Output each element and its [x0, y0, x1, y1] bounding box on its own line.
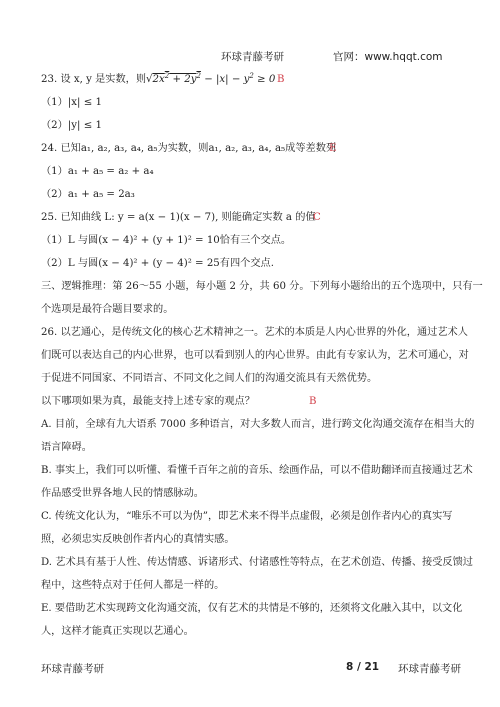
footer-brand-right: 环球青藤考研 — [398, 661, 461, 676]
q24-answer: E — [329, 142, 336, 156]
q26-prompt: 以下哪项如果为真，最能支持上述专家的观点？ — [41, 395, 255, 409]
q26-stem-line-1: 26. 以艺通心，是传统文化的核心艺术精神之一。艺术的本质是人内心世界的外化，通… — [41, 326, 468, 340]
q26-answer: B — [309, 395, 317, 409]
q26-option-b: B. 事实上，我们可以听懂、看懂千百年之前的音乐、绘画作品，可以不借助翻译而直接… — [41, 464, 473, 478]
q26-option-e-cont: 人，这样才能真正实现以艺通心。 — [41, 625, 194, 639]
q25-stem: 25. 已知曲线 L: y = a(x − 1)(x − 7), 则能确定实数 … — [41, 211, 316, 225]
q26-option-c: C. 传统文化认为，“唯乐不可以为伪”，即艺术来不得半点虚假，必须是创作者内心的… — [41, 510, 452, 524]
q26-option-a-cont: 语言障碍。 — [41, 441, 92, 455]
q25-answer: C — [313, 211, 321, 225]
q24-condition-1: （1）a₁ + a₅ = a₂ + a₄ — [41, 165, 154, 179]
q26-option-d-cont: 程中，这些特点对于任何人都是一样的。 — [41, 579, 224, 593]
q23-stem: 23. 设 x, y 是实数，则√2x2 + 2y2 − |x| − y2 ≥ … — [41, 73, 275, 87]
q24-condition-2: （2）a₁ + a₅ = 2a₃ — [41, 188, 135, 202]
q23-condition-1: （1）|x| ≤ 1 — [41, 96, 102, 110]
q26-stem-line-3: 于促进不同国家、不同语言、不同文化之间人们的沟通交流具有天然优势。 — [41, 372, 377, 386]
q23-condition-2: （2）|y| ≤ 1 — [41, 119, 102, 133]
q23-answer: B — [277, 73, 285, 87]
page-header: 环球青藤考研 官网：www.hqqt.com — [0, 49, 500, 65]
q26-stem-line-2: 们既可以表达自己的内心世界，也可以看到别人的内心世界。由此有专家认为，艺术可通心… — [41, 349, 469, 363]
q26-option-e: E. 要借助艺术实现跨文化沟通交流，仅有艺术的共情是不够的，还须将文化融入其中，… — [41, 602, 462, 616]
q26-option-a: A. 目前，全球有九大语系 7000 多种语言，对大多数人而言，进行跨文化沟通交… — [41, 418, 474, 432]
q26-option-c-cont: 照，必须忠实反映创作者内心的真情实感。 — [41, 533, 235, 547]
q23-stem-text: 23. 设 x, y 是实数，则 — [41, 74, 146, 85]
header-website: 官网：www.hqqt.com — [333, 49, 443, 64]
q25-condition-1: （1）L 与圆(x − 4)² + (y + 1)² = 10恰有三个交点。 — [41, 234, 291, 248]
section-3-heading: 三、逻辑推理：第 26～55 小题，每小题 2 分，共 60 分。下列每小题给出… — [41, 280, 483, 294]
q25-condition-2: （2）L 与圆(x − 4)² + (y − 4)² = 25有四个交点. — [41, 257, 274, 271]
q24-stem: 24. 已知a₁, a₂, a₃, a₄, a₅为实数，则a₁, a₂, a₃,… — [41, 142, 336, 156]
footer-brand-left: 环球青藤考研 — [41, 661, 104, 676]
section-3-heading-cont: 个选项是最符合题目要求的。 — [41, 303, 173, 317]
q26-option-b-cont: 作品感受世界各地人民的情感脉动。 — [41, 487, 204, 501]
q23-formula: √2x2 + 2y2 − |x| − y2 ≥ 0 — [146, 74, 275, 85]
header-brand: 环球青藤考研 — [221, 49, 284, 64]
q26-option-d: D. 艺术具有基于人性、传达情感、诉诸形式、付诸感性等特点，在艺术创造、传播、接… — [41, 556, 473, 570]
page-number: 8 / 21 — [346, 661, 379, 673]
